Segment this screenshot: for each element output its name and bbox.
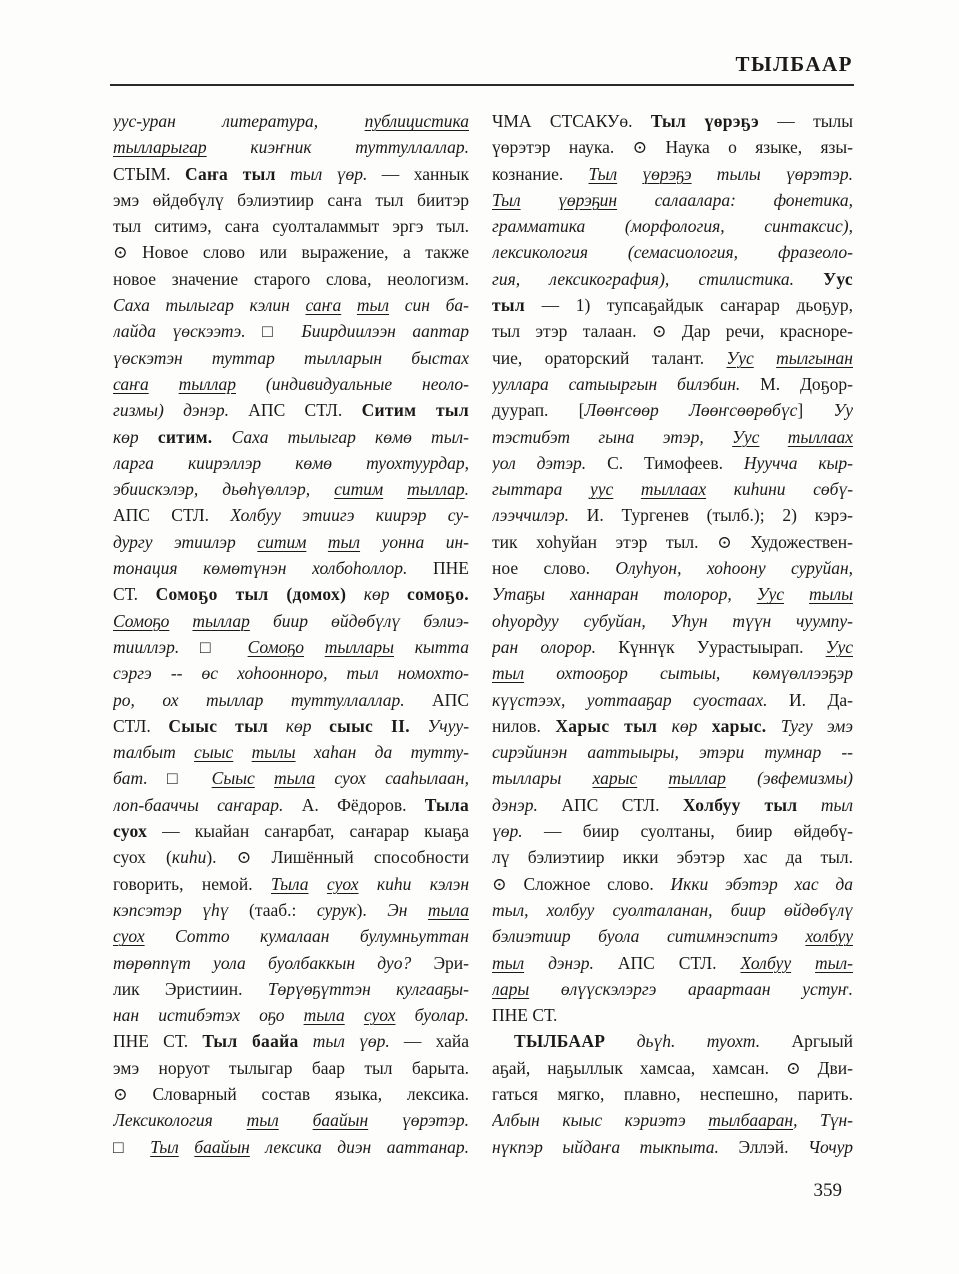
text-line: чие, ораторский талант. Уус тылгынан xyxy=(492,345,853,371)
text-line: Саха тылыгар кэлин саҥа тыл син ба- xyxy=(113,292,469,318)
text-line: гия, лексикография), стилистика. Уус xyxy=(492,266,853,292)
text-line: кэпсэтэр үһү (тааб.: сурук). Эн тыла xyxy=(113,897,469,923)
text-line: ро, ох тыллар туттуллаллар. АПС xyxy=(113,687,469,713)
text-line: тыллары харыс тыллар (эвфемизмы) xyxy=(492,765,853,791)
text-line: саҥа тыллар (индивидуальные неоло- xyxy=(113,371,469,397)
text-line: уус-уран литература, публицистика xyxy=(113,108,469,134)
text-line: ⊙ Сложное слово. Икки эбэтэр хас да xyxy=(492,871,853,897)
text-line: уол дэтэр. С. Тимофеев. Нуучча кыр- xyxy=(492,450,853,476)
text-line: оһуордуу субуйан, Уһун түүн чуумпу- xyxy=(492,608,853,634)
text-line: гаться мягко, плавно, неспешно, парить. xyxy=(492,1081,853,1107)
text-line: ⊙ Словарный состав языка, лексика. xyxy=(113,1081,469,1107)
text-line: СТЛ. Сыыс тыл көр сыыс II. Учуу- xyxy=(113,713,469,739)
text-line: гыттара уус тыллаах киһини сөбү- xyxy=(492,476,853,502)
text-line: суох — кыайан саҥарбат, саҥарар кыаҕа xyxy=(113,818,469,844)
text-line: тыл этэр талаан. ⊙ Дар речи, красноре- xyxy=(492,318,853,344)
left-column: уус-уран литература, публицистикатыллары… xyxy=(113,108,469,1160)
text-line: үөр. — биир суолтаны, биир өйдөбү- xyxy=(492,818,853,844)
text-line: ное слово. Олуһуон, хоһоону суруйан, xyxy=(492,555,853,581)
text-line: лээччилэр. И. Тургенев (тылб.); 2) кэрэ- xyxy=(492,502,853,528)
text-line: күүстээх, уоттааҕар суостаах. И. Да- xyxy=(492,687,853,713)
text-line: лү бэлиэтиир икки эбэтэр хас да тыл. xyxy=(492,844,853,870)
text-line: көр ситим. Саха тылыгар көмө тыл- xyxy=(113,424,469,450)
text-line: Албын кыыс кэриэтэ тылбааран, Түн- xyxy=(492,1107,853,1133)
text-line: тыл, холбуу суолталанан, биир өйдөбүлү xyxy=(492,897,853,923)
text-line: тылларыгар киэҥник туттуллаллар. xyxy=(113,134,469,160)
text-line: ларга киирэллэр көмө туохтуурдар, xyxy=(113,450,469,476)
text-line: лары өлүүскэлэргэ араартаан устуҥ. xyxy=(492,976,853,1002)
text-line: лик Эристиин. Төрүөҕүттэн кулгааҕы- xyxy=(113,976,469,1002)
text-line: тыл ситимэ, саҥа суолталаммыт эргэ тыл. xyxy=(113,213,469,239)
text-line: тонация көмөтүнэн холбоһоллор. ПНЕ xyxy=(113,555,469,581)
text-line: ТЫЛБААР дьүһ. туохт. Аргыый xyxy=(492,1028,853,1054)
text-line: лоп-бааччы саҥарар. А. Фёдоров. Тыла xyxy=(113,792,469,818)
dictionary-page: ТЫЛБААР уус-уран литература, публицистик… xyxy=(0,0,959,1274)
text-line: сэргэ -- өс хоһоонноро, тыл номохто- xyxy=(113,660,469,686)
text-line: тыл дэнэр. АПС СТЛ. Холбуу тыл- xyxy=(492,950,853,976)
text-line: үөрэтэр наука. ⊙ Наука о языке, язы- xyxy=(492,134,853,160)
text-line: тик хоһуйан этэр тыл. ⊙ Художествен- xyxy=(492,529,853,555)
text-line: эмэ норуот тылыгар баар тыл барыта. xyxy=(113,1055,469,1081)
text-line: ран олорор. Күннүк Уурастыырап. Уус xyxy=(492,634,853,660)
text-line: тэстибэт гына этэр, Уус тыллаах xyxy=(492,424,853,450)
text-line: тыл охтооҕор сытыы, көмүөллээҕэр xyxy=(492,660,853,686)
text-line: ПНЕ СТ. Тыл баайа тыл үөр. — хайа xyxy=(113,1028,469,1054)
text-line: ⊙ Новое слово или выражение, а также xyxy=(113,239,469,265)
text-line: ууллара сатыыргын билэбин. М. Доҕор- xyxy=(492,371,853,397)
text-line: Лексикология тыл баайын үөрэтэр. xyxy=(113,1107,469,1133)
text-line: суох (киһи). ⊙ Лишённый способности xyxy=(113,844,469,870)
page-number: 359 xyxy=(814,1180,843,1202)
text-line: лайда үөскээтэ. □ Биирдиилээн ааптар xyxy=(113,318,469,344)
text-line: төрөппүт уола буолбаккын дуо? Эри- xyxy=(113,950,469,976)
text-line: бэлиэтиир буола ситимнэспитэ холбуу xyxy=(492,923,853,949)
text-line: лексикология (семасиология, фразеоло- xyxy=(492,239,853,265)
text-line: суох Сотто кумалаан булумньуттан xyxy=(113,923,469,949)
text-line: грамматика (морфология, синтаксис), xyxy=(492,213,853,239)
text-line: эбиискэлэр, дьөһүөллэр, ситим тыллар. xyxy=(113,476,469,502)
text-line: нан истибэтэх оҕо тыла суох буолар. xyxy=(113,1002,469,1028)
text-line: новое значение старого слова, неологизм. xyxy=(113,266,469,292)
text-line: Утаҕы ханнаран толорор, Уус тылы xyxy=(492,581,853,607)
text-line: говорить, немой. Тыла суох киһи кэлэн xyxy=(113,871,469,897)
right-column: ЧМА СТСАКУө. Тыл үөрэҕэ — тылыүөрэтэр на… xyxy=(492,108,853,1160)
text-line: тыл — 1) тупсаҕайдык саҥарар дьоҕур, xyxy=(492,292,853,318)
text-line: Тыл үөрэҕин салаалара: фонетика, xyxy=(492,187,853,213)
text-line: тииллэр. □ Сомоҕо тыллары кытта xyxy=(113,634,469,660)
text-line: □ Тыл баайын лексика диэн ааттанар. xyxy=(113,1134,469,1160)
text-line: ЧМА СТСАКУө. Тыл үөрэҕэ — тылы xyxy=(492,108,853,134)
text-line: нилов. Харыс тыл көр харыс. Тугу эмэ xyxy=(492,713,853,739)
header-rule xyxy=(110,84,854,86)
text-line: бат. □ Сыыс тыла суох сааһылаан, xyxy=(113,765,469,791)
text-line: АПС СТЛ. Холбуу этиигэ киирэр су- xyxy=(113,502,469,528)
text-line: Сомоҕо тыллар биир өйдөбүлү бэлиэ- xyxy=(113,608,469,634)
text-line: дуурап. [Лөөҥсөөр Лөөҥсөөрөбүс] Уу xyxy=(492,397,853,423)
text-line: үөскэтэн туттар тылларын быстах xyxy=(113,345,469,371)
text-line: гизмы) дэнэр. АПС СТЛ. Ситим тыл xyxy=(113,397,469,423)
text-line: СТЫМ. Саҥа тыл тыл үөр. — ханнык xyxy=(113,161,469,187)
text-line: нүкпэр ыйдаҥа тыкпыта. Эллэй. Чочур xyxy=(492,1134,853,1160)
text-line: талбыт сыыс тылы хаһан да тутту- xyxy=(113,739,469,765)
text-line: сирэйинэн ааттыыры, этэри тумнар -- xyxy=(492,739,853,765)
text-line: аҕай, наҕыллык хамсаа, хамсан. ⊙ Дви- xyxy=(492,1055,853,1081)
text-line: дургу этиилэр ситим тыл уонна ин- xyxy=(113,529,469,555)
text-line: ПНЕ СТ. xyxy=(492,1002,853,1028)
text-line: эмэ өйдөбүлү бэлиэтиир саҥа тыл биитэр xyxy=(113,187,469,213)
text-line: дэнэр. АПС СТЛ. Холбуу тыл тыл xyxy=(492,792,853,818)
running-title: ТЫЛБААР xyxy=(735,52,853,77)
text-line: кознание. Тыл үөрэҕэ тылы үөрэтэр. xyxy=(492,161,853,187)
text-line: СТ. Сомоҕо тыл (домох) көр сомоҕо. xyxy=(113,581,469,607)
